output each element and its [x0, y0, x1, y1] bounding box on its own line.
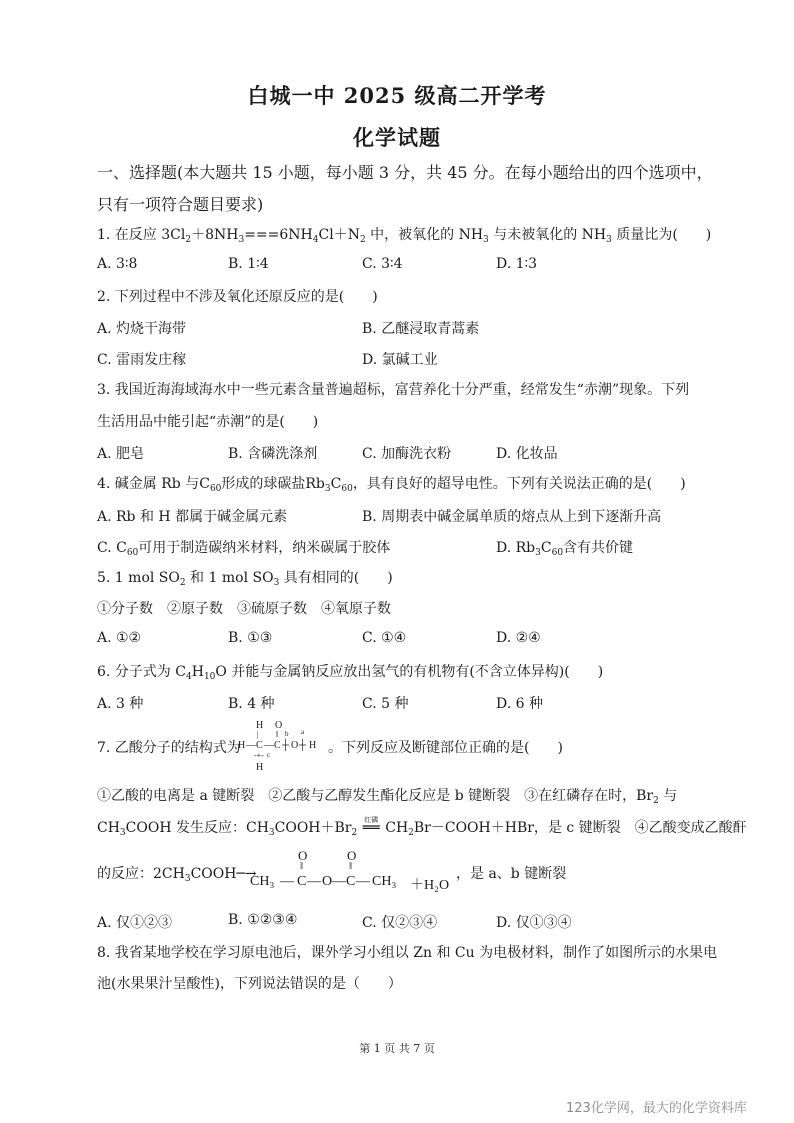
question-1-stem: 1. 在反应 3Cl2＋8NH3===6NH4Cl＋N2 中，被氧化的 NH3 … — [97, 225, 711, 245]
question-7-statements-line3-suffix: ，是 a、b 键断裂 — [456, 864, 566, 884]
q1-option-d: D. 1∶3 — [496, 256, 537, 272]
question-7-statements-line1: ①乙酸的电离是 a 键断裂 ②乙酸与乙醇发生酯化反应是 b 键断裂 ③在红磷存在… — [97, 786, 677, 806]
question-5-items: ①分子数 ②原子数 ③硫原子数 ④氧原子数 — [97, 599, 391, 619]
acetic-acid-structural-formula: H | H — C — C O ‖ ┼ b O ┼ a H -+- c H — [238, 720, 328, 775]
q5-option-d: D. ②④ — [496, 630, 541, 646]
question-4-stem: 4. 碱金属 Rb 与C60形成的球碳盐Rb3C60，具有良好的超导电性。下列有… — [97, 474, 686, 494]
q4-option-c: C. C60可用于制造碳纳米材料，纳米碳属于胶体 — [97, 537, 390, 557]
q2-option-a: A. 灼烧干海带 — [97, 318, 186, 338]
q7-option-c: C. 仅②③④ — [362, 912, 437, 932]
q3-option-c: C. 加酶洗衣粉 — [362, 443, 451, 463]
q6-option-b: B. 4 种 — [228, 693, 275, 713]
q7-option-d: D. 仅①③④ — [496, 912, 572, 932]
question-7-stem-before: 7. 乙酸分子的结构式为 — [97, 738, 241, 758]
q4-option-d: D. Rb3C60含有共价键 — [496, 537, 633, 557]
reaction-arrow-with-catalyst: 红磷══ — [357, 818, 385, 838]
question-5-stem: 5. 1 mol SO2 和 1 mol SO3 具有相同的( ) — [97, 568, 393, 588]
section-heading-line2: 只有一项符合题目要求) — [97, 192, 263, 215]
exam-subtitle: 化学试题 — [0, 122, 794, 152]
exam-page: 白城一中 2025 级高二开学考 化学试题 一、选择题(本大题共 15 小题，每… — [0, 0, 794, 1123]
question-8-stem-line1: 8. 我省某地学校在学习原电池后，课外学习小组以 Zn 和 Cu 为电极材料，制… — [97, 943, 717, 963]
q4-option-a: A. Rb 和 H 都属于碱金属元素 — [97, 506, 287, 526]
q1-option-b: B. 1∶4 — [228, 256, 269, 272]
source-watermark: 123化学网，最大的化学资料库 — [566, 1097, 747, 1116]
question-2-stem: 2. 下列过程中不涉及氧化还原反应的是( ) — [97, 287, 378, 307]
q5-option-c: C. ①④ — [362, 630, 406, 646]
page-number-footer: 第 1 页 共 7 页 — [0, 1040, 794, 1056]
question-6-stem: 6. 分子式为 C4H10O 并能与金属钠反应放出氢气的有机物有(不含立体异构)… — [97, 662, 603, 682]
q7-option-b: B. ①②③④ — [228, 912, 297, 928]
q6-option-a: A. 3 种 — [97, 693, 143, 713]
q5-option-a: A. ①② — [97, 630, 141, 646]
q5-option-b: B. ①③ — [228, 630, 272, 646]
q6-option-d: D. 6 种 — [496, 693, 543, 713]
q3-option-a: A. 肥皂 — [97, 443, 144, 463]
q7-option-a: A. 仅①②③ — [97, 912, 172, 932]
q1-option-c: C. 3∶4 — [362, 256, 403, 272]
exam-title: 白城一中 2025 级高二开学考 — [0, 80, 794, 110]
q3-option-b: B. 含磷洗涤剂 — [228, 443, 317, 463]
question-3-stem-line1: 3. 我国近海海域海水中一些元素含量普遍超标，富营养化十分严重，经常发生“赤潮”… — [97, 380, 689, 400]
acetic-anhydride-formula: O ‖ O ‖ CH₃ — C — O — C — CH₃ ＋H₂O — [250, 848, 460, 892]
question-3-stem-line2: 生活用品中能引起“赤潮”的是( ) — [97, 412, 318, 432]
question-7-statements-line3-prefix: 的反应：2CH3COOH─→ — [97, 864, 257, 884]
question-8-stem-line2: 池(水果果汁呈酸性)，下列说法错误的是（ ） — [97, 974, 402, 994]
q3-option-d: D. 化妆品 — [496, 443, 558, 463]
question-7-stem-after: 。下列反应及断键部位正确的是( ) — [328, 738, 563, 758]
q2-option-d: D. 氯碱工业 — [362, 349, 438, 369]
q6-option-c: C. 5 种 — [362, 693, 408, 713]
question-7-statements-line2: CH3COOH 发生反应：CH3COOH＋Br2红磷══CH2Br－COOH＋H… — [97, 818, 747, 838]
section-heading-line1: 一、选择题(本大题共 15 小题，每小题 3 分，共 45 分。在每小题给出的四… — [97, 160, 713, 183]
q1-option-a: A. 3∶8 — [97, 256, 137, 272]
q4-option-b: B. 周期表中碱金属单质的熔点从上到下逐渐升高 — [362, 506, 661, 526]
q2-option-c: C. 雷雨发庄稼 — [97, 349, 186, 369]
q2-option-b: B. 乙醚浸取青蒿素 — [362, 318, 479, 338]
